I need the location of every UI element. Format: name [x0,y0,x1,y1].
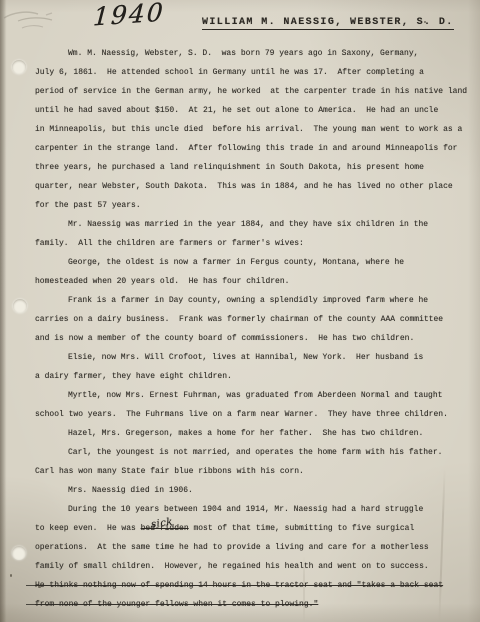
document-line: He thinks nothing now of spending 14 hou… [35,576,470,595]
line-text: from none of the younger fellows when it… [35,600,318,609]
document-line: carpenter in the strange land. After fol… [35,139,470,158]
document-line: for the past 57 years. [35,196,470,215]
document-line: and is now a member of the county board … [35,329,470,348]
line-text: school two years. The Fuhrmans live on a… [35,410,448,419]
document-line: school two years. The Fuhrmans live on a… [35,405,470,424]
line-text: period of service in the German army, he… [35,87,467,96]
document-line: George, the oldest is now a farmer in Fe… [35,253,470,272]
punch-hole [12,546,26,560]
line-text: Hazel, Mrs. Gregerson, makes a home for … [68,429,423,438]
line-text: family. All the children are farmers or … [35,239,304,248]
line-text: During the 10 years between 1904 and 191… [68,505,423,514]
document-line: Mrs. Naessig died in 1906. [35,481,470,500]
line-text: to keep even. He was bed-riddensick most… [35,524,414,533]
line-text: operations. At the same time he had to p… [35,543,429,552]
line-text: three years, he purchased a land relinqu… [35,163,424,172]
document-body: Wm. M. Naessig, Webster, S. D. was born … [35,44,470,614]
line-text: for the past 57 years. [35,201,141,210]
document-line: homesteaded when 20 years old. He has fo… [35,272,470,291]
document-line: Mr. Naessig was married in the year 1884… [35,215,470,234]
document-line: Myrtle, now Mrs. Ernest Fuhrman, was gra… [35,386,470,405]
document-line: During the 10 years between 1904 and 191… [35,500,470,519]
document-line: from none of the younger fellows when it… [35,595,470,614]
document-line: quarter, near Webster, South Dakota. Thi… [35,177,470,196]
line-text: until he had saved about $150. At 21, he… [35,106,438,115]
handwritten-year-annotation: 1940 [92,0,165,32]
document-line: Elsie, now Mrs. Will Crofoot, lives at H… [35,348,470,367]
document-line: in Minneapolis, but this uncle died befo… [35,120,470,139]
paper-speck [10,574,12,577]
document-line: Carl, the youngest is not married, and o… [35,443,470,462]
document-line: operations. At the same time he had to p… [35,538,470,557]
document-line: a dairy farmer, they have eight children… [35,367,470,386]
line-text: Mrs. Naessig died in 1906. [68,486,193,495]
document-title: WILLIAM M. NAESSIG, WEBSTER, S. D. [202,17,454,30]
document-line: Carl has won many State fair blue ribbon… [35,462,470,481]
line-text: Myrtle, now Mrs. Ernest Fuhrman, was gra… [68,391,442,400]
line-text: in Minneapolis, but this uncle died befo… [35,125,462,134]
punch-hole [13,299,27,313]
document-line: carries on a dairy business. Frank was f… [35,310,470,329]
line-text: homesteaded when 20 years old. He has fo… [35,277,289,286]
line-text: July 6, 1861. He attended school in Germ… [35,68,424,77]
scan-edge-shadow [0,0,6,622]
line-text: quarter, near Webster, South Dakota. Thi… [35,182,453,191]
handwritten-correction: sick [150,513,174,535]
line-text: a dairy farmer, they have eight children… [35,372,232,381]
text-segment: to keep even. He was [35,524,141,533]
paper-speck [424,21,426,23]
line-text: and is now a member of the county board … [35,334,414,343]
punch-hole [12,60,26,74]
document-line: Wm. M. Naessig, Webster, S. D. was born … [35,44,470,63]
document-line: Hazel, Mrs. Gregerson, makes a home for … [35,424,470,443]
document-line: Frank is a farmer in Day county, owning … [35,291,470,310]
line-text: Carl, the youngest is not married, and o… [68,448,442,457]
line-text: George, the oldest is now a farmer in Fe… [68,258,404,267]
struck-word: bed-riddensick [141,524,189,533]
pencil-scribble [2,6,72,38]
line-text: carpenter in the strange land. After fol… [35,144,457,153]
document-line: three years, he purchased a land relinqu… [35,158,470,177]
line-text: Frank is a farmer in Day county, owning … [68,296,428,305]
line-text: Wm. M. Naessig, Webster, S. D. was born … [68,49,418,58]
document-line: period of service in the German army, he… [35,82,470,101]
scanned-document-page: 1940 WILLIAM M. NAESSIG, WEBSTER, S. D. … [0,0,480,622]
document-line: to keep even. He was bed-riddensick most… [35,519,470,538]
line-text: Carl has won many State fair blue ribbon… [35,467,304,476]
line-text: He thinks nothing now of spending 14 hou… [35,581,443,590]
document-line: family. All the children are farmers or … [35,234,470,253]
line-text: Mr. Naessig was married in the year 1884… [68,220,428,229]
line-text: family of small children. However, he re… [35,562,429,571]
document-line: July 6, 1861. He attended school in Germ… [35,63,470,82]
line-text: Elsie, now Mrs. Will Crofoot, lives at H… [68,353,423,362]
line-text: carries on a dairy business. Frank was f… [35,315,443,324]
document-line: until he had saved about $150. At 21, he… [35,101,470,120]
paper-speck [38,586,41,588]
text-segment: most of that time, submitting to five su… [189,524,415,533]
document-line: family of small children. However, he re… [35,557,470,576]
